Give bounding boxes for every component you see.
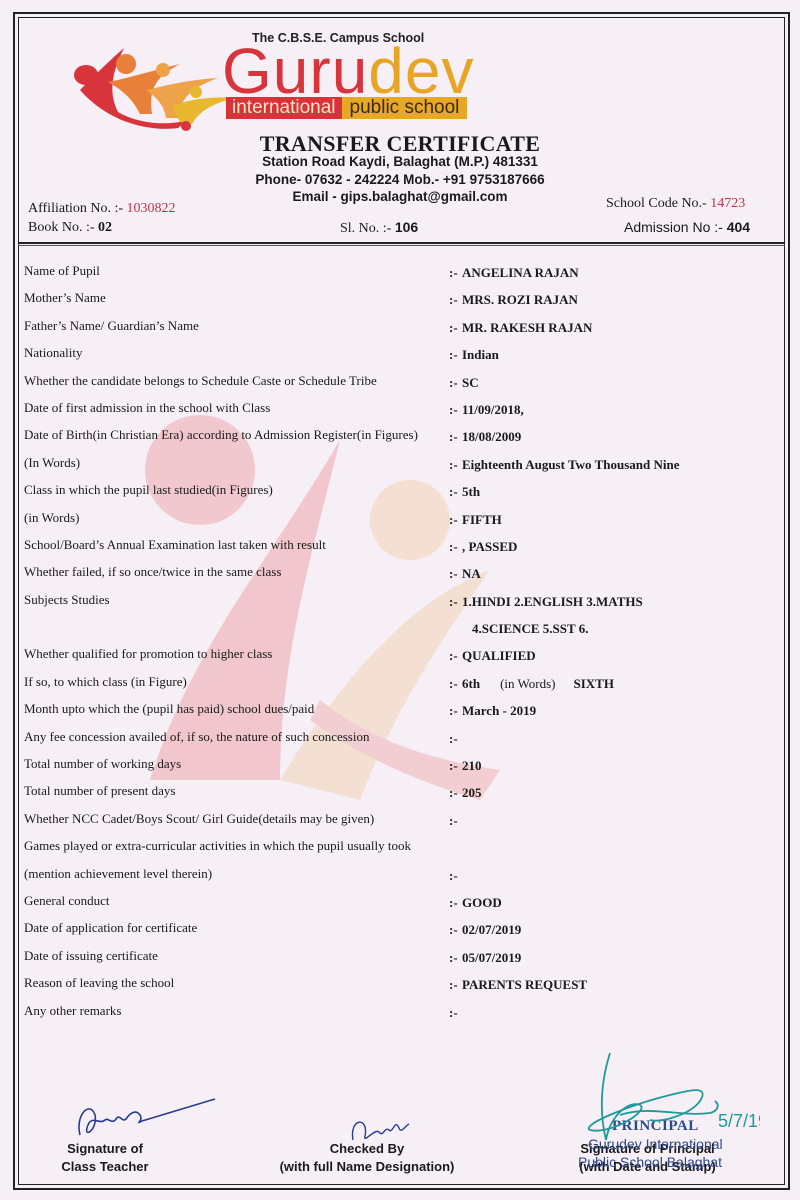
field-separator: :- <box>449 950 458 966</box>
field-value: GOOD <box>462 895 502 911</box>
principal-stamp-title: PRINCIPAL <box>612 1118 699 1135</box>
field-label: Subjects Studies <box>24 592 110 608</box>
field-row: (mention achievement level therein):- <box>24 866 784 893</box>
field-value: 210 <box>462 758 482 774</box>
field-label: (in Words) <box>24 510 79 526</box>
field-label: Reason of leaving the school <box>24 975 174 991</box>
field-separator: :- <box>449 375 458 391</box>
field-separator: :- <box>449 868 458 884</box>
field-separator: :- <box>449 703 458 719</box>
field-separator: :- <box>449 320 458 336</box>
field-value: 1.HINDI 2.ENGLISH 3.MATHS <box>462 594 643 610</box>
field-separator: :- <box>449 457 458 473</box>
field-row: Class in which the pupil last studied(in… <box>24 482 784 509</box>
field-separator: :- <box>449 429 458 445</box>
banner-international: international <box>226 97 342 119</box>
field-label: Name of Pupil <box>24 263 100 279</box>
field-value: 18/08/2009 <box>462 429 521 445</box>
field-value: 02/07/2019 <box>462 922 521 938</box>
field-row: (in Words):-FIFTH <box>24 510 784 537</box>
field-label: Month upto which the (pupil has paid) sc… <box>24 701 314 717</box>
field-label: Father’s Name/ Guardian’s Name <box>24 318 199 334</box>
principal-stamp-line2: Public School Balaghat <box>578 1154 722 1170</box>
school-banner: international public school <box>226 97 467 119</box>
field-label: Whether the candidate belongs to Schedul… <box>24 373 377 389</box>
field-label: Nationality <box>24 345 83 361</box>
field-row: Date of first admission in the school wi… <box>24 400 784 427</box>
field-value: QUALIFIED <box>462 648 536 664</box>
principal-stamp-line1: Gurudev International <box>588 1136 723 1152</box>
field-value: NA <box>462 566 481 582</box>
field-extra-value: SIXTH <box>573 676 613 691</box>
class-teacher-label: Signature of Class Teacher <box>55 1140 155 1176</box>
serial-number: Sl. No. :- 106 <box>340 219 418 237</box>
banner-public-school: public school <box>342 97 468 119</box>
field-label: School/Board’s Annual Examination last t… <box>24 537 326 553</box>
field-row: If so, to which class (in Figure):-6th(i… <box>24 674 784 701</box>
field-value: , PASSED <box>462 539 517 555</box>
field-row: Whether NCC Cadet/Boys Scout/ Girl Guide… <box>24 811 784 838</box>
field-label: Class in which the pupil last studied(in… <box>24 482 273 498</box>
checked-by-label: Checked By (with full Name Designation) <box>262 1140 472 1176</box>
field-row: Total number of present days:-205 <box>24 783 784 810</box>
field-row: Date of Birth(in Christian Era) accordin… <box>24 427 784 454</box>
certificate-fields: Name of Pupil:- ANGELINA RAJANMother’s N… <box>24 263 784 1030</box>
field-separator: :- <box>449 347 458 363</box>
field-separator: :- <box>449 895 458 911</box>
field-label: Games played or extra-curricular activit… <box>24 838 411 854</box>
book-number: Book No. :- 02 <box>28 220 112 236</box>
affiliation-number: Affiliation No. :- 1030822 <box>28 201 176 217</box>
school-brand-name: Gurudev <box>222 40 474 102</box>
field-label: Date of first admission in the school wi… <box>24 400 270 416</box>
field-row: Nationality:-Indian <box>24 345 784 372</box>
school-logo-icon <box>68 42 248 132</box>
school-phone: Phone- 07632 - 242224 Mob.- +91 97531876… <box>0 172 800 187</box>
field-row: Whether the candidate belongs to Schedul… <box>24 373 784 400</box>
field-value: PARENTS REQUEST <box>462 977 587 993</box>
field-row: Whether qualified for promotion to highe… <box>24 646 784 673</box>
field-row: Name of Pupil:- ANGELINA RAJAN <box>24 263 784 290</box>
admission-number: Admission No :- 404 <box>624 219 750 235</box>
field-value: Eighteenth August Two Thousand Nine <box>462 457 679 473</box>
field-row: Games played or extra-curricular activit… <box>24 838 784 865</box>
field-label: Whether failed, if so once/twice in the … <box>24 564 281 580</box>
field-value: ANGELINA RAJAN <box>462 265 579 281</box>
field-value: FIFTH <box>462 512 502 528</box>
field-row: Father’s Name/ Guardian’s Name:-MR. RAKE… <box>24 318 784 345</box>
field-label: Date of Birth(in Christian Era) accordin… <box>24 427 418 443</box>
field-separator: :- <box>449 539 458 555</box>
field-row: 4.SCIENCE 5.SST 6. <box>24 619 784 646</box>
field-separator: :- <box>449 292 458 308</box>
field-value: 6th(in Words)SIXTH <box>462 676 614 692</box>
field-label: Whether NCC Cadet/Boys Scout/ Girl Guide… <box>24 811 374 827</box>
field-separator: :- <box>449 676 458 692</box>
header-divider <box>18 242 785 244</box>
field-extra-label: (in Words) <box>500 676 555 691</box>
field-row: Month upto which the (pupil has paid) sc… <box>24 701 784 728</box>
field-row: Date of application for certificate:- 02… <box>24 920 784 947</box>
field-separator: :- <box>449 785 458 801</box>
field-separator: :- <box>449 594 458 610</box>
field-label: Any other remarks <box>24 1003 121 1019</box>
field-label: (mention achievement level therein) <box>24 866 212 882</box>
certificate-header: The C.B.S.E. Campus School Gurudev inter… <box>0 0 800 240</box>
field-separator: :- <box>449 813 458 829</box>
field-label: General conduct <box>24 893 110 909</box>
field-row: Subjects Studies:-1.HINDI 2.ENGLISH 3.MA… <box>24 592 784 619</box>
field-row: Mother’s Name:- MRS. ROZI RAJAN <box>24 290 784 317</box>
field-separator: :- <box>449 922 458 938</box>
field-label: Date of issuing certificate <box>24 948 158 964</box>
field-row: Reason of leaving the school:-PARENTS RE… <box>24 975 784 1002</box>
field-label: (In Words) <box>24 455 80 471</box>
field-separator: :- <box>449 265 458 281</box>
field-separator: :- <box>449 484 458 500</box>
field-value: 11/09/2018, <box>462 402 524 418</box>
field-separator: :- <box>449 566 458 582</box>
field-label: Date of application for certificate <box>24 920 197 936</box>
field-row: Total number of working days:-210 <box>24 756 784 783</box>
field-label: Whether qualified for promotion to highe… <box>24 646 272 662</box>
field-value: MRS. ROZI RAJAN <box>462 292 578 308</box>
field-separator: :- <box>449 1005 458 1021</box>
field-label: Mother’s Name <box>24 290 106 306</box>
field-value: Indian <box>462 347 499 363</box>
field-separator: :- <box>449 512 458 528</box>
header-divider-secondary <box>18 245 785 246</box>
field-label: If so, to which class (in Figure) <box>24 674 187 690</box>
field-value: 05/07/2019 <box>462 950 521 966</box>
field-value: March - 2019 <box>462 703 536 719</box>
field-separator: :- <box>449 758 458 774</box>
field-row: (In Words):-Eighteenth August Two Thousa… <box>24 455 784 482</box>
school-address: Station Road Kaydi, Balaghat (M.P.) 4813… <box>0 154 800 169</box>
field-label: Any fee concession availed of, if so, th… <box>24 729 369 745</box>
field-row: Any fee concession availed of, if so, th… <box>24 729 784 756</box>
field-separator: :- <box>449 402 458 418</box>
field-row: Whether failed, if so once/twice in the … <box>24 564 784 591</box>
field-separator: :- <box>449 977 458 993</box>
field-label: Total number of working days <box>24 756 181 772</box>
school-code: School Code No.- 14723 <box>606 196 745 212</box>
field-row: General conduct:-GOOD <box>24 893 784 920</box>
field-row: School/Board’s Annual Examination last t… <box>24 537 784 564</box>
field-value: SC <box>462 375 479 391</box>
field-value: 4.SCIENCE 5.SST 6. <box>472 621 588 637</box>
field-value: 205 <box>462 785 482 801</box>
field-separator: :- <box>449 731 458 747</box>
field-label: Total number of present days <box>24 783 175 799</box>
field-row: Date of issuing certificate:-05/07/2019 <box>24 948 784 975</box>
field-row: Any other remarks:- <box>24 1003 784 1030</box>
field-value: MR. RAKESH RAJAN <box>462 320 592 336</box>
field-value: 5th <box>462 484 480 500</box>
field-separator: :- <box>449 648 458 664</box>
